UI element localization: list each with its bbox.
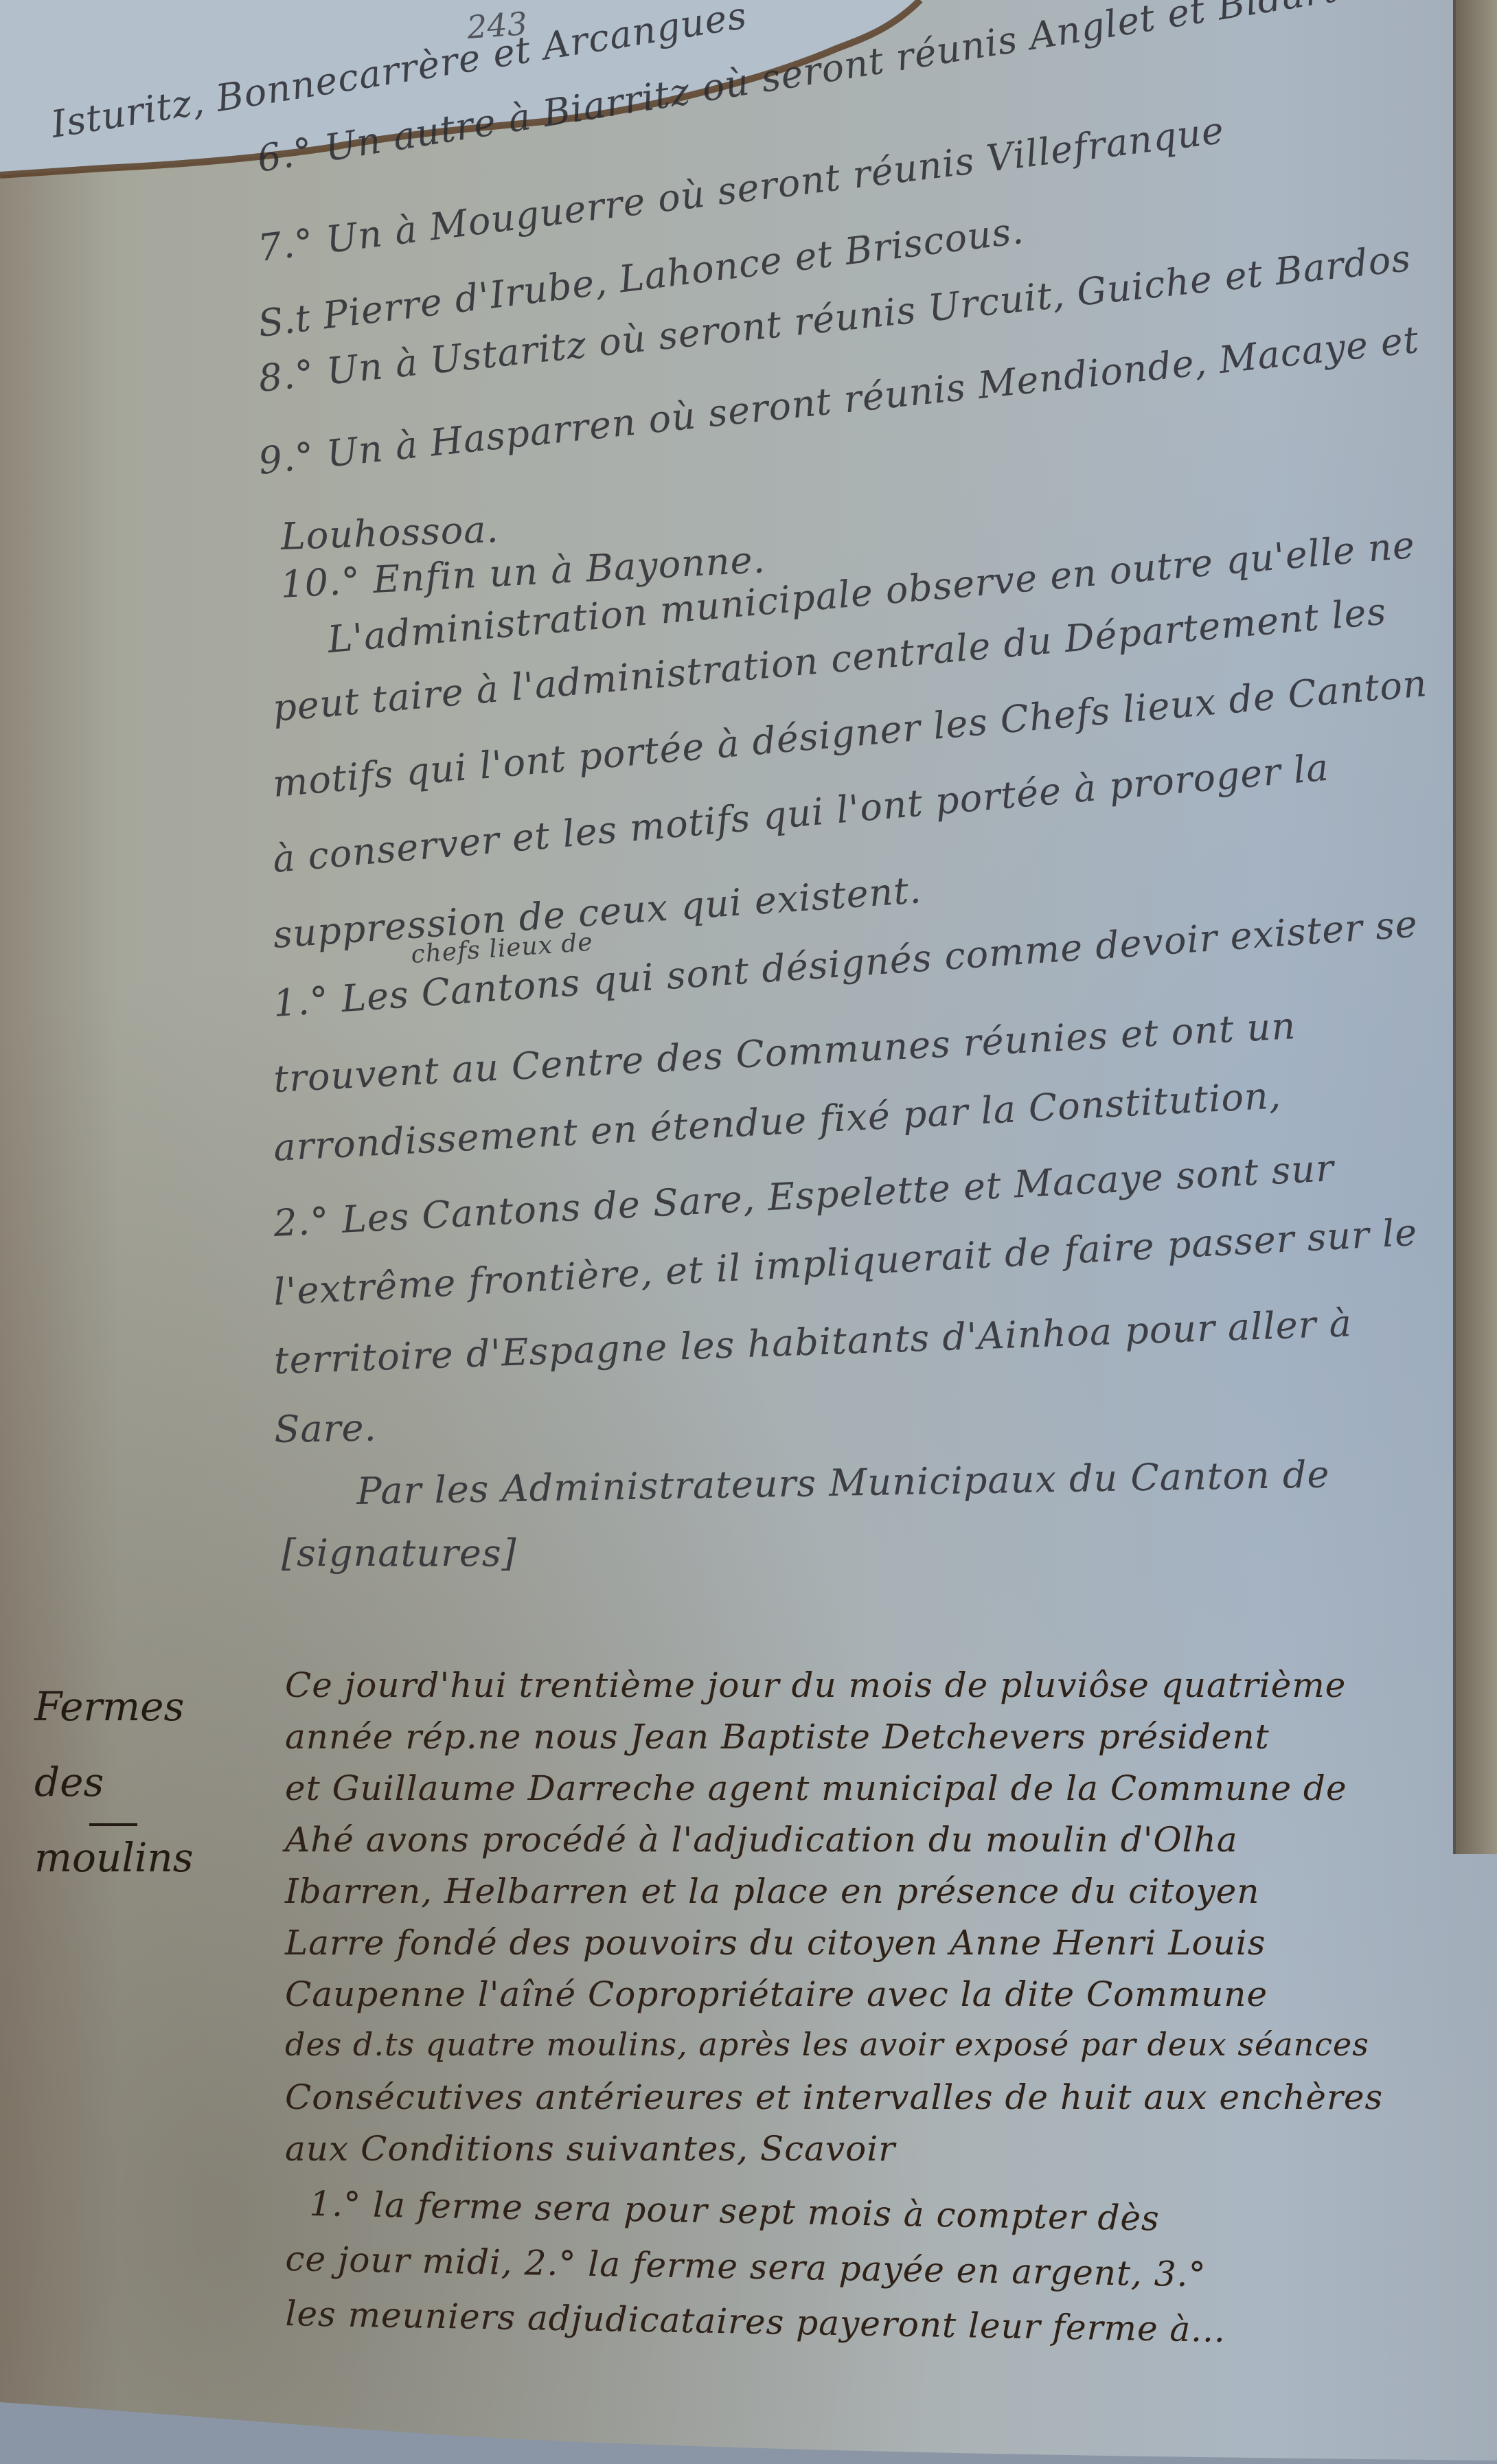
text-line: et Guillaume Darreche agent municipal de… (285, 1768, 1347, 1808)
text-line: Consécutives antérieures et intervalles … (285, 2077, 1383, 2117)
text-line: les meuniers adjudicataires payeront leu… (285, 2294, 1226, 2350)
text-line: des d.ts quatre moulins, après les avoir… (285, 2026, 1369, 2063)
text-line: Ce jourd'hui trentième jour du mois de p… (285, 1665, 1346, 1705)
margin-heading-line: Fermes des (34, 1669, 240, 1820)
margin-rule (89, 1823, 137, 1826)
text-line: Ibarren, Helbarren et la place en présen… (285, 1871, 1259, 1911)
text-line: 6.° Un autre à Biarritz où seront réunis… (254, 0, 1391, 181)
signature-line: [signatures] (282, 1531, 517, 1575)
text-line: 1.° la ferme sera pour sept mois à compt… (309, 2184, 1160, 2239)
text-line: Caupenne l'aîné Copropriétaire avec la d… (285, 1974, 1268, 2014)
text-line: aux Conditions suivantes, Scavoir (285, 2129, 895, 2169)
text-line: année rép.ne nous Jean Baptiste Detcheve… (285, 1717, 1270, 1757)
margin-heading-line: moulins (34, 1820, 240, 1895)
text-line: territoire d'Espagne les habitants d'Ain… (273, 1301, 1353, 1382)
text-line: ce jour midi, 2.° la ferme sera payée en… (285, 2239, 1207, 2294)
margin-heading: Fermes des moulins (34, 1669, 240, 1895)
text-line: Larre fondé des pouvoirs du citoyen Anne… (285, 1923, 1266, 1963)
text-line: Ahé avons procédé à l'adjudication du mo… (285, 1820, 1238, 1860)
manuscript-page: 243 Isturitz, Bonnecarrère et Arcangues … (0, 0, 1497, 2464)
text-line: Par les Administrateurs Municipaux du Ca… (356, 1452, 1330, 1513)
text-line: Louhossoa. (280, 507, 500, 558)
text-line: Sare. (274, 1406, 377, 1451)
